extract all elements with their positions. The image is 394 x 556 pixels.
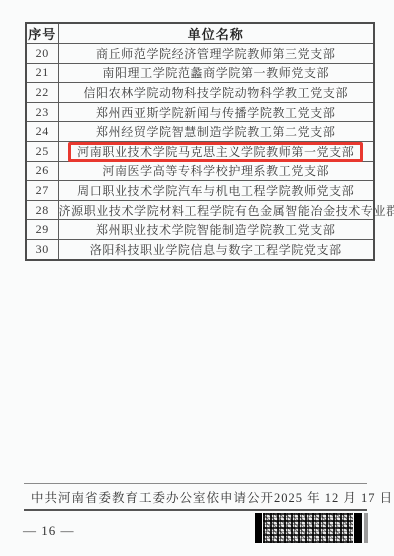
cell-unit-name: 郑州西亚斯学院新闻与传播学院教工党支部: [58, 102, 374, 122]
cell-no: 27: [26, 181, 58, 201]
cell-no: 21: [26, 63, 58, 83]
cell-no: 24: [26, 122, 58, 142]
cell-no: 30: [26, 239, 58, 259]
barcode-gray-bar: [364, 513, 368, 543]
page-number: — 16 —: [23, 523, 75, 539]
red-highlight-box: 河南职业技术学院马克思主义学院教师第一党支部: [68, 142, 363, 162]
cell-no: 20: [26, 44, 58, 64]
barcode-start-bar: [255, 513, 262, 543]
footer-rule-top: [24, 483, 367, 484]
cell-unit-name: 信阳农林学院动物科技学院动物科学教工党支部: [58, 83, 374, 103]
cell-no: 29: [26, 220, 58, 240]
cell-unit-name: 济源职业技术学院材料工程学院有色金属智能冶金技术专业群党支部: [58, 200, 374, 220]
header-no: 序号: [26, 23, 58, 44]
footer-print-date: 2025 年 12 月 17 日印发: [274, 488, 394, 506]
table-row: 22 信阳农林学院动物科技学院动物科学教工党支部: [26, 83, 374, 103]
cell-no: 22: [26, 83, 58, 103]
table-row: 27 周口职业技术学院汽车与机电工程学院教师党支部: [26, 181, 374, 201]
unit-table: 序号 单位名称 20 商丘师范学院经济管理学院教师第三党支部 21 南阳理工学院…: [25, 22, 375, 261]
header-unit-name: 单位名称: [58, 23, 374, 44]
cell-unit-name: 河南职业技术学院马克思主义学院教师第一党支部: [58, 141, 374, 161]
table-row: 24 郑州经贸学院智慧制造学院教工第二党支部: [26, 122, 374, 142]
barcode-icon: [255, 513, 368, 543]
cell-unit-name: 周口职业技术学院汽车与机电工程学院教师党支部: [58, 181, 374, 201]
table-row: 23 郑州西亚斯学院新闻与传播学院教工党支部: [26, 102, 374, 122]
table-row: 20 商丘师范学院经济管理学院教师第三党支部: [26, 44, 374, 64]
table-row: 29 郑州职业技术学院智能制造学院教工党支部: [26, 220, 374, 240]
cell-no: 28: [26, 200, 58, 220]
cell-unit-name: 洛阳科技职业学院信息与数字工程学院党支部: [58, 239, 374, 259]
table-header-row: 序号 单位名称: [26, 23, 374, 44]
cell-unit-name: 郑州职业技术学院智能制造学院教工党支部: [58, 220, 374, 240]
barcode-noise-pattern: [263, 513, 353, 543]
footer-rule-bottom: [24, 509, 367, 511]
document-page: 序号 单位名称 20 商丘师范学院经济管理学院教师第三党支部 21 南阳理工学院…: [0, 0, 394, 556]
table-row-highlighted: 25 河南职业技术学院马克思主义学院教师第一党支部: [26, 141, 374, 161]
cell-unit-name: 商丘师范学院经济管理学院教师第三党支部: [58, 44, 374, 64]
cell-no: 23: [26, 102, 58, 122]
cell-unit-name: 南阳理工学院范蠡商学院第一教师党支部: [58, 63, 374, 83]
table-row: 28 济源职业技术学院材料工程学院有色金属智能冶金技术专业群党支部: [26, 200, 374, 220]
footer-imprint-line: 中共河南省委教育工委办公室 依申请公开 2025 年 12 月 17 日印发: [31, 488, 365, 506]
table-row: 21 南阳理工学院范蠡商学院第一教师党支部: [26, 63, 374, 83]
table-row: 26 河南医学高等专科学校护理系教工党支部: [26, 161, 374, 181]
cell-unit-name: 河南医学高等专科学校护理系教工党支部: [58, 161, 374, 181]
barcode-end-bar: [354, 513, 362, 543]
table-row: 30 洛阳科技职业学院信息与数字工程学院党支部: [26, 239, 374, 259]
footer-issuer: 中共河南省委教育工委办公室: [31, 488, 207, 506]
cell-unit-name: 郑州经贸学院智慧制造学院教工第二党支部: [58, 122, 374, 142]
cell-no: 25: [26, 141, 58, 161]
cell-no: 26: [26, 161, 58, 181]
footer-disclosure: 依申请公开: [207, 488, 275, 506]
